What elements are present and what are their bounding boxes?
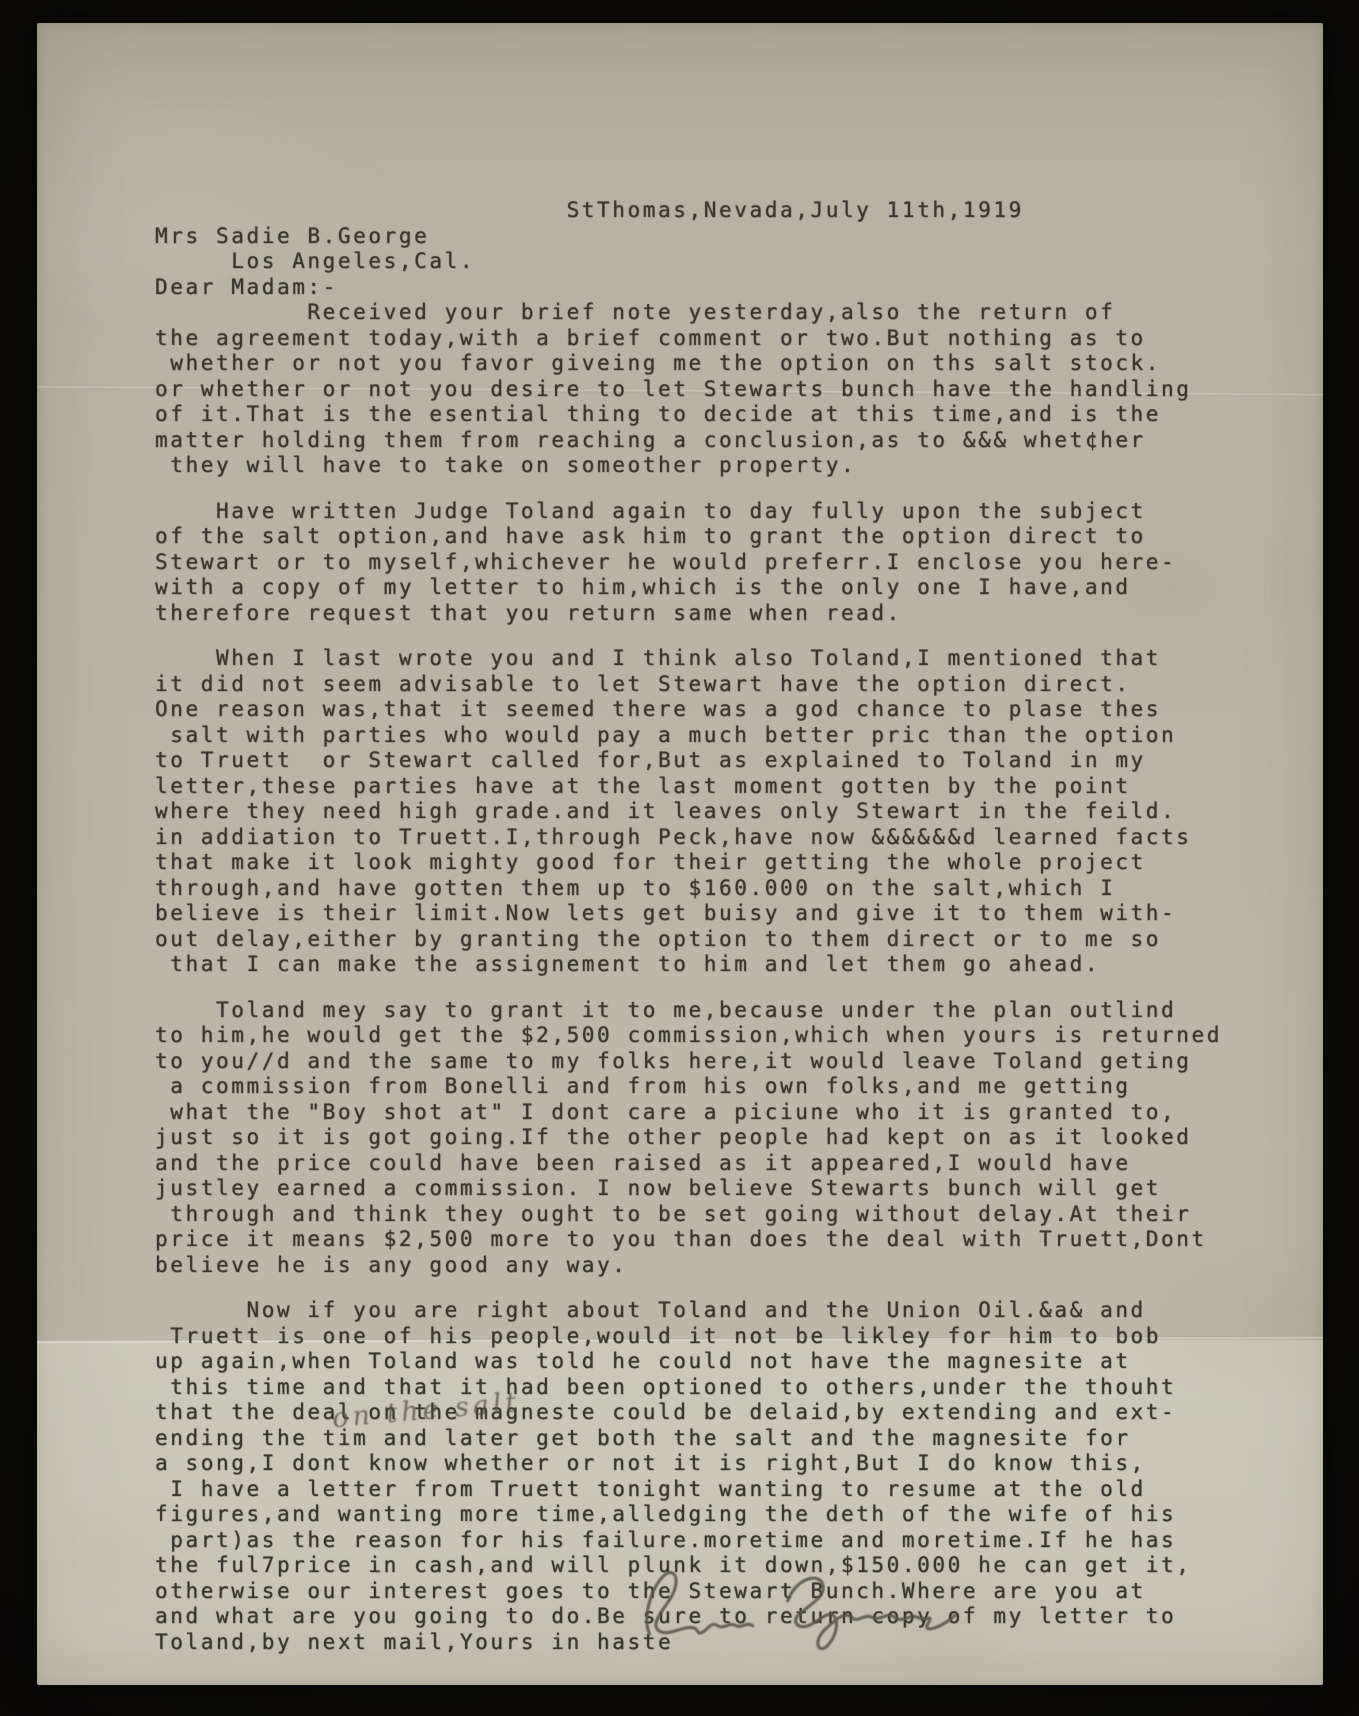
typed-line: ending the tim and later get both the sa… [155,1426,1295,1452]
letter-body: StThomas,Nevada,July 11th,1919Mrs Sadie … [155,198,1295,1655]
letter-paper: StThomas,Nevada,July 11th,1919Mrs Sadie … [37,23,1323,1685]
typed-line: and the price could have been raised as … [155,1151,1295,1177]
typed-line: Received your brief note yesterday,also … [155,300,1295,326]
typed-line: believe he is any good any way. [155,1253,1295,1279]
typed-line: Mrs Sadie B.George [155,224,1295,250]
typed-line: letter,these parties have at the last mo… [155,774,1295,800]
typed-line: a song,I dont know whether or not it is … [155,1451,1295,1477]
typed-line: of the salt option,and have ask him to g… [155,524,1295,550]
typed-line: I have a letter from Truett tonight want… [155,1477,1295,1503]
typed-line: price it means $2,500 more to you than d… [155,1227,1295,1253]
typed-line: or whether or not you desire to let Stew… [155,377,1295,403]
typed-line: Toland mey say to grant it to me,because… [155,998,1295,1024]
typed-line: Los Angeles,Cal. [155,249,1295,275]
typed-line: that the deal on the magneste could be d… [155,1400,1295,1426]
typed-line: believe is their limit.Now lets get buis… [155,901,1295,927]
typed-line: StThomas,Nevada,July 11th,1919 [155,198,1295,224]
typed-line: the agreement today,with a brief comment… [155,326,1295,352]
typed-line: When I last wrote you and I think also T… [155,646,1295,672]
typed-line: what the "Boy shot at" I dont care a pic… [155,1100,1295,1126]
paragraph-3: When I last wrote you and I think also T… [155,646,1295,978]
typed-line: Have written Judge Toland again to day f… [155,499,1295,525]
typed-line: Dear Madam:- [155,275,1295,301]
typed-line: of it.That is the esential thing to deci… [155,402,1295,428]
typed-line: therefore request that you return same w… [155,601,1295,627]
typed-line: a commission from Bonelli and from his o… [155,1074,1295,1100]
typed-line: through,and have gotten them up to $160.… [155,876,1295,902]
typed-line: whether or not you favor giveing me the … [155,351,1295,377]
photo-background: StThomas,Nevada,July 11th,1919Mrs Sadie … [0,0,1359,1716]
typed-line: to Truett or Stewart called for,But as e… [155,748,1295,774]
signature-stroke-last-name [788,1578,955,1648]
typed-line: just so it is got going.If the other peo… [155,1125,1295,1151]
typed-line: Stewart or to myself,whichever he would … [155,550,1295,576]
typed-line: this time and that it had been optioned … [155,1375,1295,1401]
typed-line: to you//d and the same to my folks here,… [155,1049,1295,1075]
typed-line: justley earned a commission. I now belie… [155,1176,1295,1202]
typed-line: One reason was,that it seemed there was … [155,697,1295,723]
paragraph-4: Toland mey say to grant it to me,because… [155,998,1295,1279]
typed-line: to him,he would get the $2,500 commissio… [155,1023,1295,1049]
typed-line: through and think they ought to be set g… [155,1202,1295,1228]
typed-line: salt with parties who would pay a much b… [155,723,1295,749]
typed-line: they will have to take on someother prop… [155,453,1295,479]
header-block: StThomas,Nevada,July 11th,1919Mrs Sadie … [155,198,1295,300]
typed-line: it did not seem advisable to let Stewart… [155,672,1295,698]
typed-line: matter holding them from reaching a conc… [155,428,1295,454]
typed-line: Now if you are right about Toland and th… [155,1298,1295,1324]
typed-line: Truett is one of his people,would it not… [155,1324,1295,1350]
signature-autograph [633,1545,963,1663]
typed-line: where they need high grade.and it leaves… [155,799,1295,825]
paragraph-1: Received your brief note yesterday,also … [155,300,1295,479]
typed-line: with a copy of my letter to him,which is… [155,575,1295,601]
typed-line: figures,and wanting more time,alledging … [155,1502,1295,1528]
typed-line: that I can make the assignement to him a… [155,952,1295,978]
typed-line: up again,when Toland was told he could n… [155,1349,1295,1375]
typed-line: that make it look mighty good for their … [155,850,1295,876]
paragraph-2: Have written Judge Toland again to day f… [155,499,1295,627]
typed-line: out delay,either by granting the option … [155,927,1295,953]
typed-line: in addiation to Truett.I,through Peck,ha… [155,825,1295,851]
signature-stroke-first-name [647,1573,753,1634]
